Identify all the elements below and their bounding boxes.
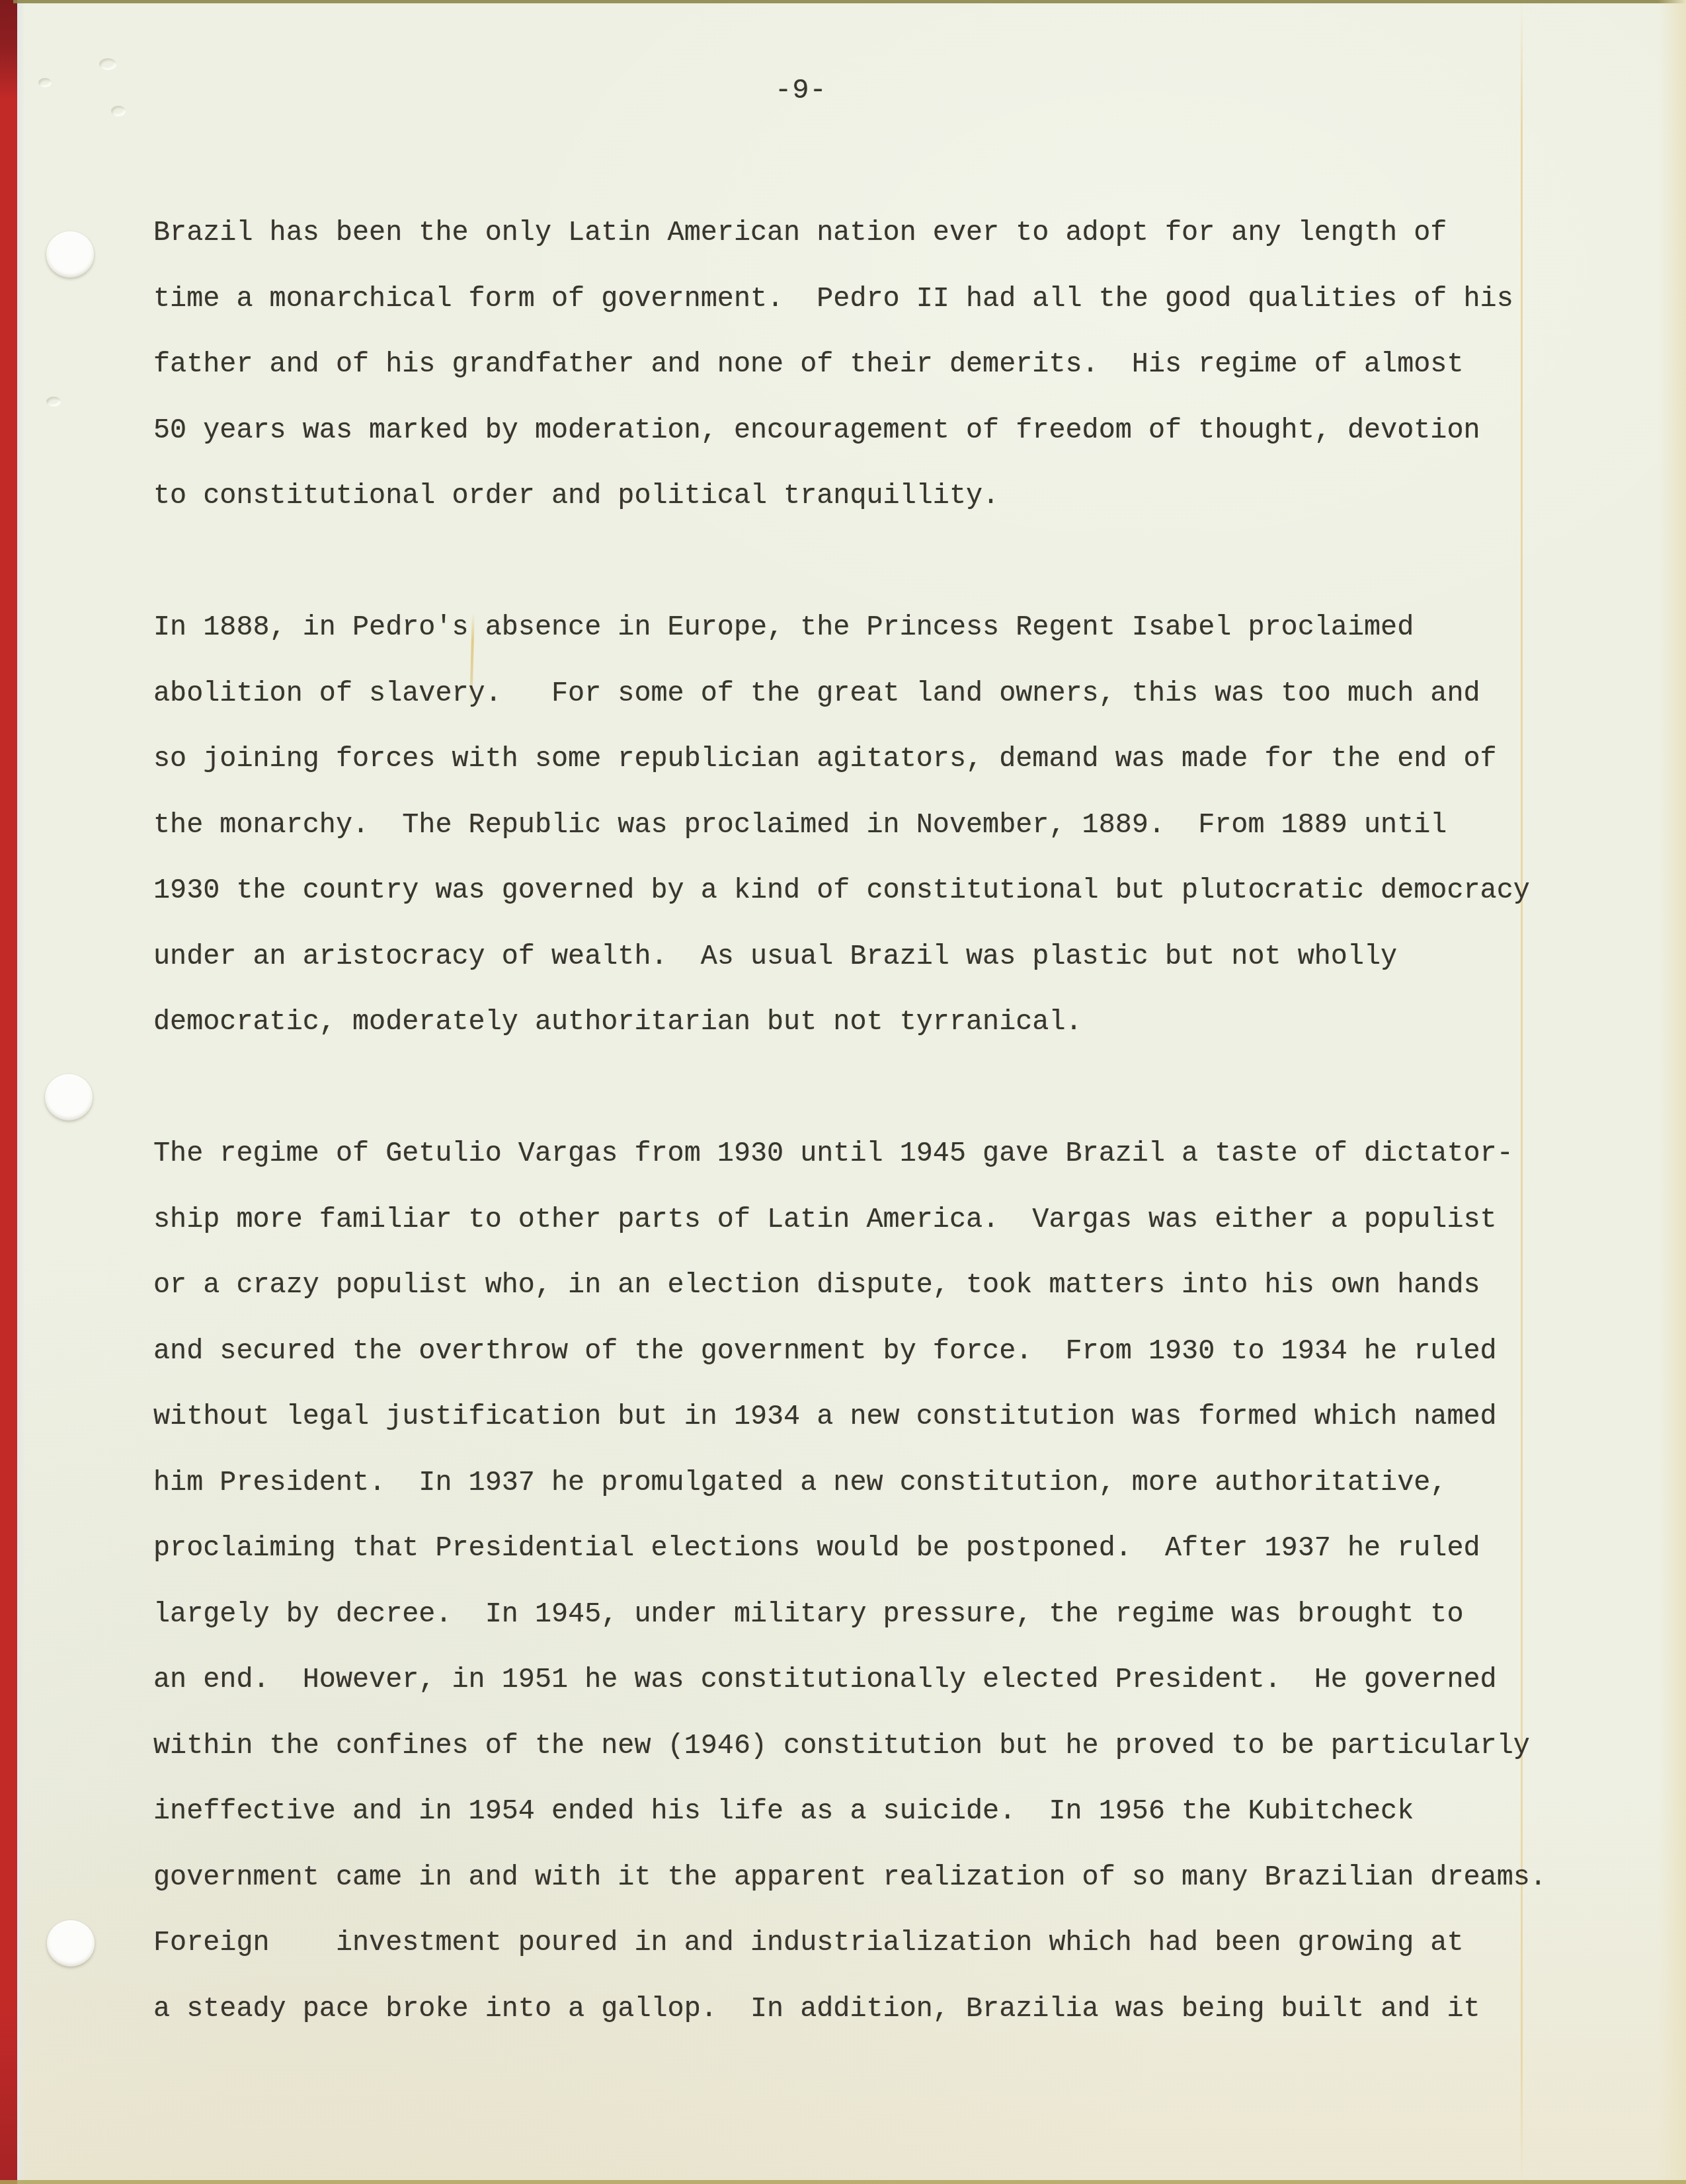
body-text: Brazil has been the only Latin American … <box>153 200 1546 2042</box>
hole-punch-middle <box>45 1074 93 1120</box>
scan-right-edge <box>1658 0 1686 2184</box>
hole-punch-top <box>46 231 94 278</box>
paper-dimple <box>111 106 126 116</box>
paper-dimple <box>99 58 116 70</box>
hole-punch-bottom <box>47 1920 95 1967</box>
paper-dimple <box>46 397 61 407</box>
scan-top-edge <box>13 0 1686 3</box>
scan-bottom-edge <box>0 2180 1686 2184</box>
page-number: -9- <box>775 74 827 107</box>
scanned-document-page: -9- Brazil has been the only Latin Ameri… <box>0 0 1686 2184</box>
paper-dimple <box>38 78 52 87</box>
red-binder-edge <box>0 0 17 2184</box>
paper-left-edge <box>17 0 25 2184</box>
